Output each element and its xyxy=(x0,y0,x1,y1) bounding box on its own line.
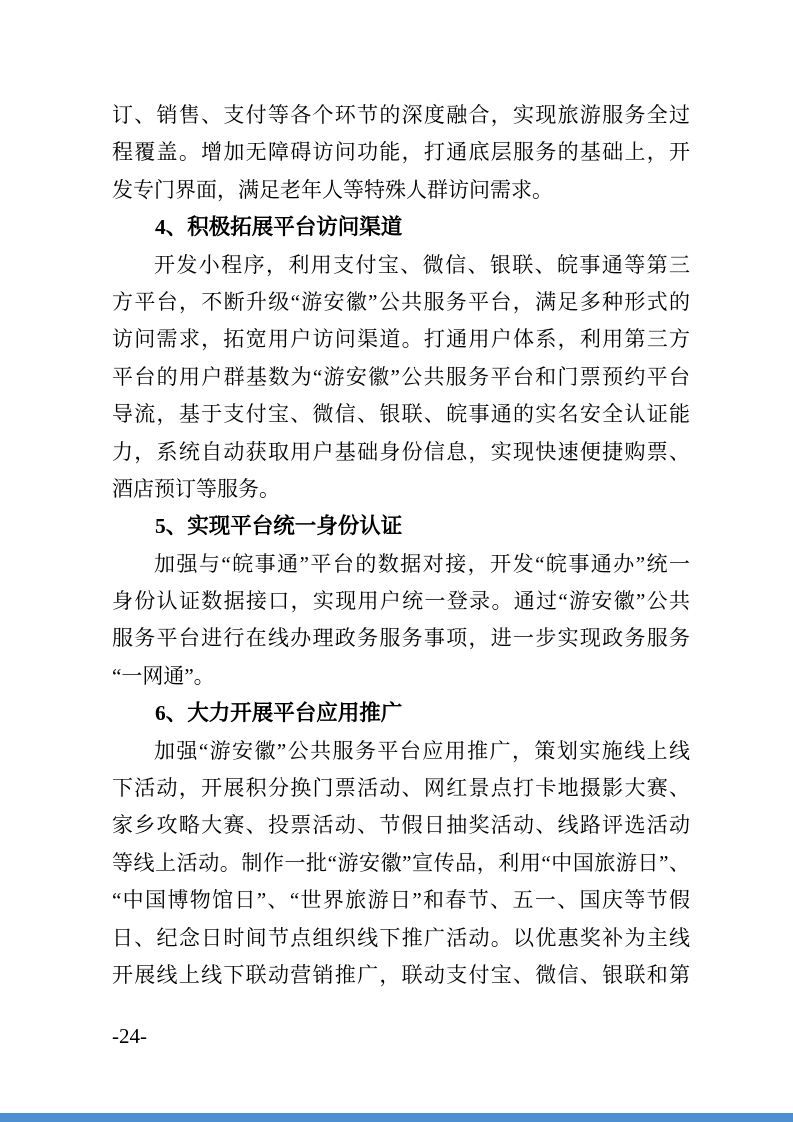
text-line: 加强“游安徽”公共服务平台应用推广，策划实施线上线 xyxy=(112,733,690,770)
page-number: -24- xyxy=(112,1022,147,1050)
text-line: 开展线上线下联动营销推广，联动支付宝、微信、银联和第 xyxy=(112,957,690,994)
text-line: 加强与“皖事通”平台的数据对接，开发“皖事通办”统一 xyxy=(112,546,690,583)
document-page: 订、销售、支付等各个环节的深度融合，实现旅游服务全过程覆盖。增加无障碍访问功能，… xyxy=(0,0,793,1122)
text-line: 开发小程序，利用支付宝、微信、银联、皖事通等第三 xyxy=(112,247,690,284)
text-line: 访问需求，拓宽用户访问渠道。打通用户体系，利用第三方 xyxy=(112,321,690,358)
section-heading: 6、大力开展平台应用推广 xyxy=(112,695,690,732)
text-line: 日、纪念日时间节点组织线下推广活动。以优惠奖补为主线 xyxy=(112,920,690,957)
text-line: 等线上活动。制作一批“游安徽”宣传品，利用“中国旅游日”、 xyxy=(112,845,690,882)
text-line: 下活动，开展积分换门票活动、网红景点打卡地摄影大赛、 xyxy=(112,770,690,807)
text-line: “一网通”。 xyxy=(112,658,690,695)
text-line: 家乡攻略大赛、投票活动、节假日抽奖活动、线路评选活动 xyxy=(112,807,690,844)
text-line: 发专门界面，满足老年人等特殊人群访问需求。 xyxy=(112,172,690,209)
text-line: 平台的用户群基数为“游安徽”公共服务平台和门票预约平台 xyxy=(112,359,690,396)
text-line: 身份认证数据接口，实现用户统一登录。通过“游安徽”公共 xyxy=(112,583,690,620)
text-line: 导流，基于支付宝、微信、银联、皖事通的实名安全认证能 xyxy=(112,396,690,433)
text-line: 订、销售、支付等各个环节的深度融合，实现旅游服务全过 xyxy=(112,97,690,134)
text-line: 力，系统自动获取用户基础身份信息，实现快速便捷购票、 xyxy=(112,434,690,471)
section-heading: 4、积极拓展平台访问渠道 xyxy=(112,209,690,246)
text-line: 程覆盖。增加无障碍访问功能，打通底层服务的基础上，开 xyxy=(112,134,690,171)
text-line: 方平台，不断升级“游安徽”公共服务平台，满足多种形式的 xyxy=(112,284,690,321)
document-body: 订、销售、支付等各个环节的深度融合，实现旅游服务全过程覆盖。增加无障碍访问功能，… xyxy=(112,97,690,994)
bottom-bar xyxy=(0,1113,793,1122)
text-line: “中国博物馆日”、“世界旅游日”和春节、五一、国庆等节假 xyxy=(112,882,690,919)
text-line: 酒店预订等服务。 xyxy=(112,471,690,508)
section-heading: 5、实现平台统一身份认证 xyxy=(112,508,690,545)
text-line: 服务平台进行在线办理政务服务事项，进一步实现政务服务 xyxy=(112,620,690,657)
